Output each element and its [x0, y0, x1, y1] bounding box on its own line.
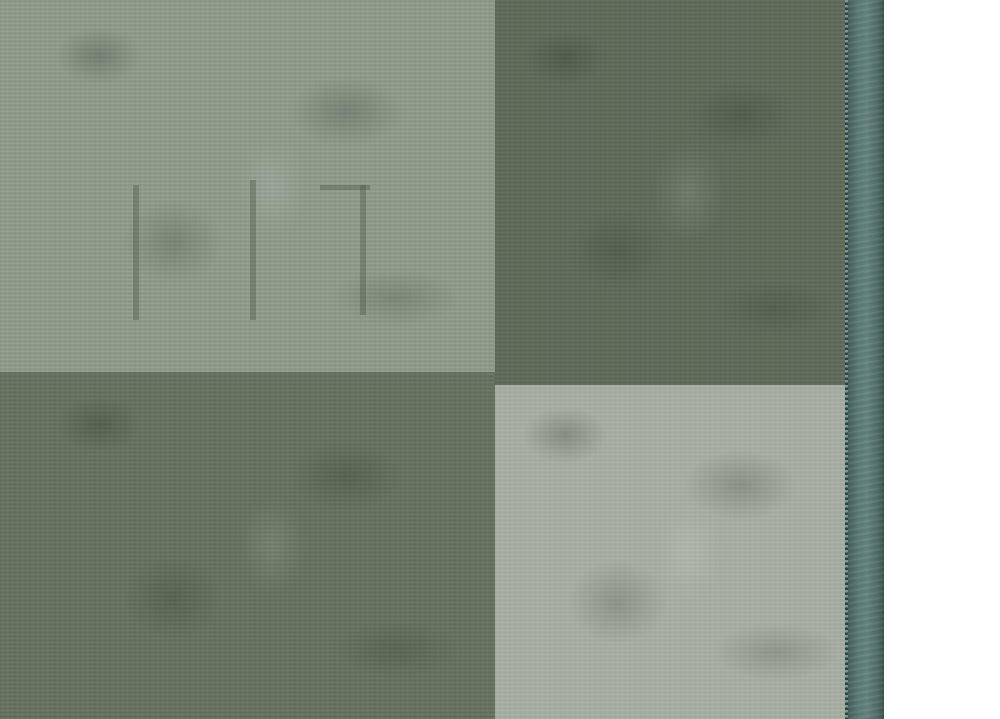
pattern-motif [250, 180, 256, 320]
binding-stitch [845, 0, 848, 719]
pattern-motif [133, 185, 139, 320]
rug-binding-edge [846, 0, 884, 719]
panel-top-right-dark [495, 0, 846, 385]
panel-bottom-right-pale [495, 385, 846, 719]
panel-bottom-left-dark [0, 372, 495, 719]
carpet [0, 0, 884, 719]
pattern-motif [360, 185, 366, 315]
panel-top-left-light [0, 0, 495, 372]
